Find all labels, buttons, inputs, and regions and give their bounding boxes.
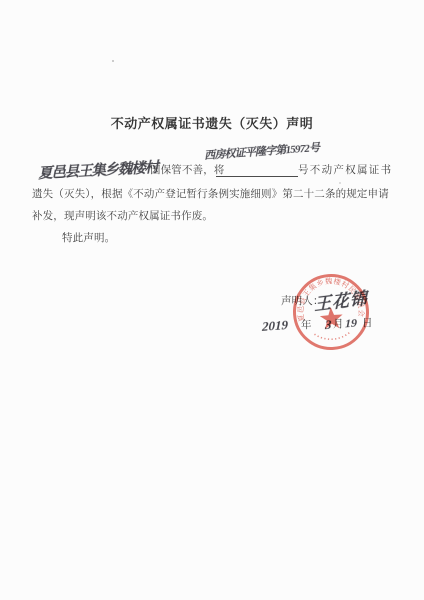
scan-speck xyxy=(112,60,114,62)
owner-name-handwriting: 夏邑县王集乡魏楼村 xyxy=(38,156,159,183)
closing-line: 特此声明。 xyxy=(62,234,115,245)
declaration-first-line: 夏邑县王集乡魏楼村 因保管不善，将 西房权证平隆字第15972号 号不动产权属证… xyxy=(32,160,404,186)
scanned-declaration-document: 不动产权属证书遗失（灭失）声明 夏邑县王集乡魏楼村 因保管不善，将 西房权证平隆… xyxy=(0,0,424,600)
official-red-stamp: 夏邑县王集乡魏楼村民委员会 xyxy=(288,269,373,354)
clause-before-blank: 因保管不善，将 xyxy=(150,166,225,177)
body-line-2: 遗失（灭失），根据《不动产登记暂行条例实施细则》第二十二条的规定申请 xyxy=(32,190,389,201)
stamp-serial-marks xyxy=(315,332,351,341)
star-icon xyxy=(319,306,343,329)
scan-speck xyxy=(339,182,341,184)
date-year-handwriting: 2019 xyxy=(262,317,288,335)
clause-after-blank: 号不动产权属证书 xyxy=(298,166,392,177)
body-line-3: 补发，现声明该不动产权属证书作废。 xyxy=(32,212,213,223)
document-title: 不动产权属证书遗失（灭失）声明 xyxy=(0,113,424,132)
